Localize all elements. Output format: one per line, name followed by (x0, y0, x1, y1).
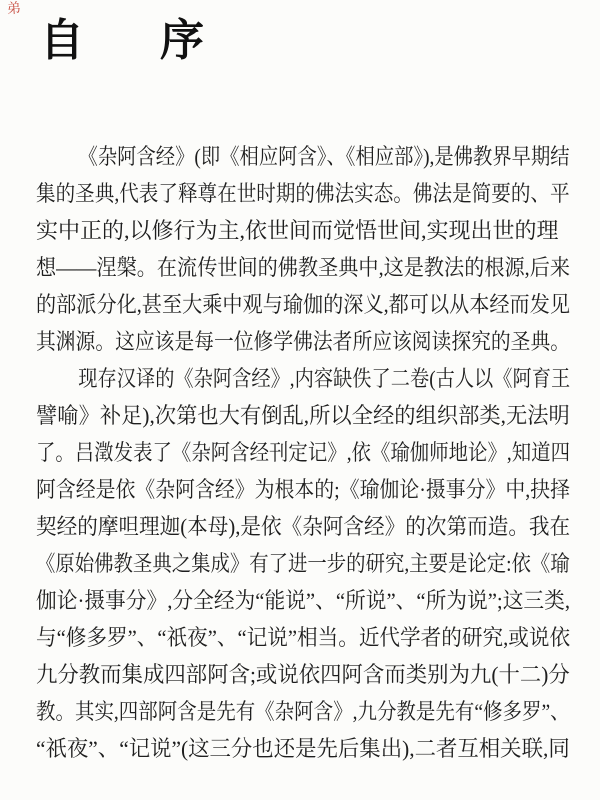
text-line: 了。吕澂发表了《杂阿含经刊定记》,依《瑜伽师地论》,知道四 (36, 434, 507, 471)
title-char-2: 序 (160, 19, 204, 63)
text-line: 《原始佛教圣典之集成》有了进一步的研究,主要是论定:依《瑜 (36, 545, 507, 582)
text-line: “祇夜”、“记说”(这三分也还是先后集出),二者互相关联,同 (36, 730, 555, 767)
text-line: 现存汉译的《杂阿含经》,内容缺佚了二卷(古人以《阿育王 (36, 360, 503, 397)
text-line: 与“修多罗”、“祇夜”、“记说”相当。近代学者的研究,或说依 (36, 619, 536, 656)
text-line: 集的圣典,代表了释尊在世时期的佛法实态。佛法是简要的、平 (36, 175, 511, 212)
scanned-book-page: 弟 自 序 《杂阿含经》(即《相应阿含》、《相应部》),是佛教界早期结 集的圣典… (0, 0, 600, 800)
text-line: 阿含经是依《杂阿含经》为根本的;《瑜伽论·摄事分》中,抉择 (36, 471, 518, 508)
text-line: 《杂阿含经》(即《相应阿含》、《相应部》),是佛教界早期结 (36, 138, 505, 175)
text-line: 契经的摩呾理迦(本母),是依《杂阿含经》的次第而造。我在 (36, 508, 536, 545)
text-line: 教。其实,四部阿含是先有《杂阿含》,九分教是先有“修多罗”、 (36, 693, 509, 730)
title-char-1: 自 (40, 19, 84, 63)
text-line: 的部派分化,甚至大乘中观与瑜伽的深义,都可以从本经而发见 (36, 286, 525, 323)
text-line: 其渊源。这应该是每一位修学佛法者所应该阅读探究的圣典。 (36, 323, 516, 360)
red-corner-mark: 弟 (7, 3, 22, 18)
page-title: 自 序 (40, 19, 204, 63)
text-line: 想——涅槃。在流传世间的佛教圣典中,这是教法的根源,后来 (36, 249, 525, 286)
text-line: 譬喻》补足),次第也大有倒乱,所以全经的组织部类,无法明 (36, 397, 553, 434)
text-line: 伽论·摄事分》,分全经为“能说”、“所说”、“所为说”;这三类, (36, 582, 539, 619)
text-line: 实中正的,以修行为主,依世间而觉悟世间,实现出世的理 (36, 212, 570, 249)
document-body: 《杂阿含经》(即《相应阿含》、《相应部》),是佛教界早期结 集的圣典,代表了释尊… (36, 138, 570, 767)
text-line: 九分教而集成四部阿含;或说依四阿含而类别为九(十二)分 (36, 656, 555, 693)
